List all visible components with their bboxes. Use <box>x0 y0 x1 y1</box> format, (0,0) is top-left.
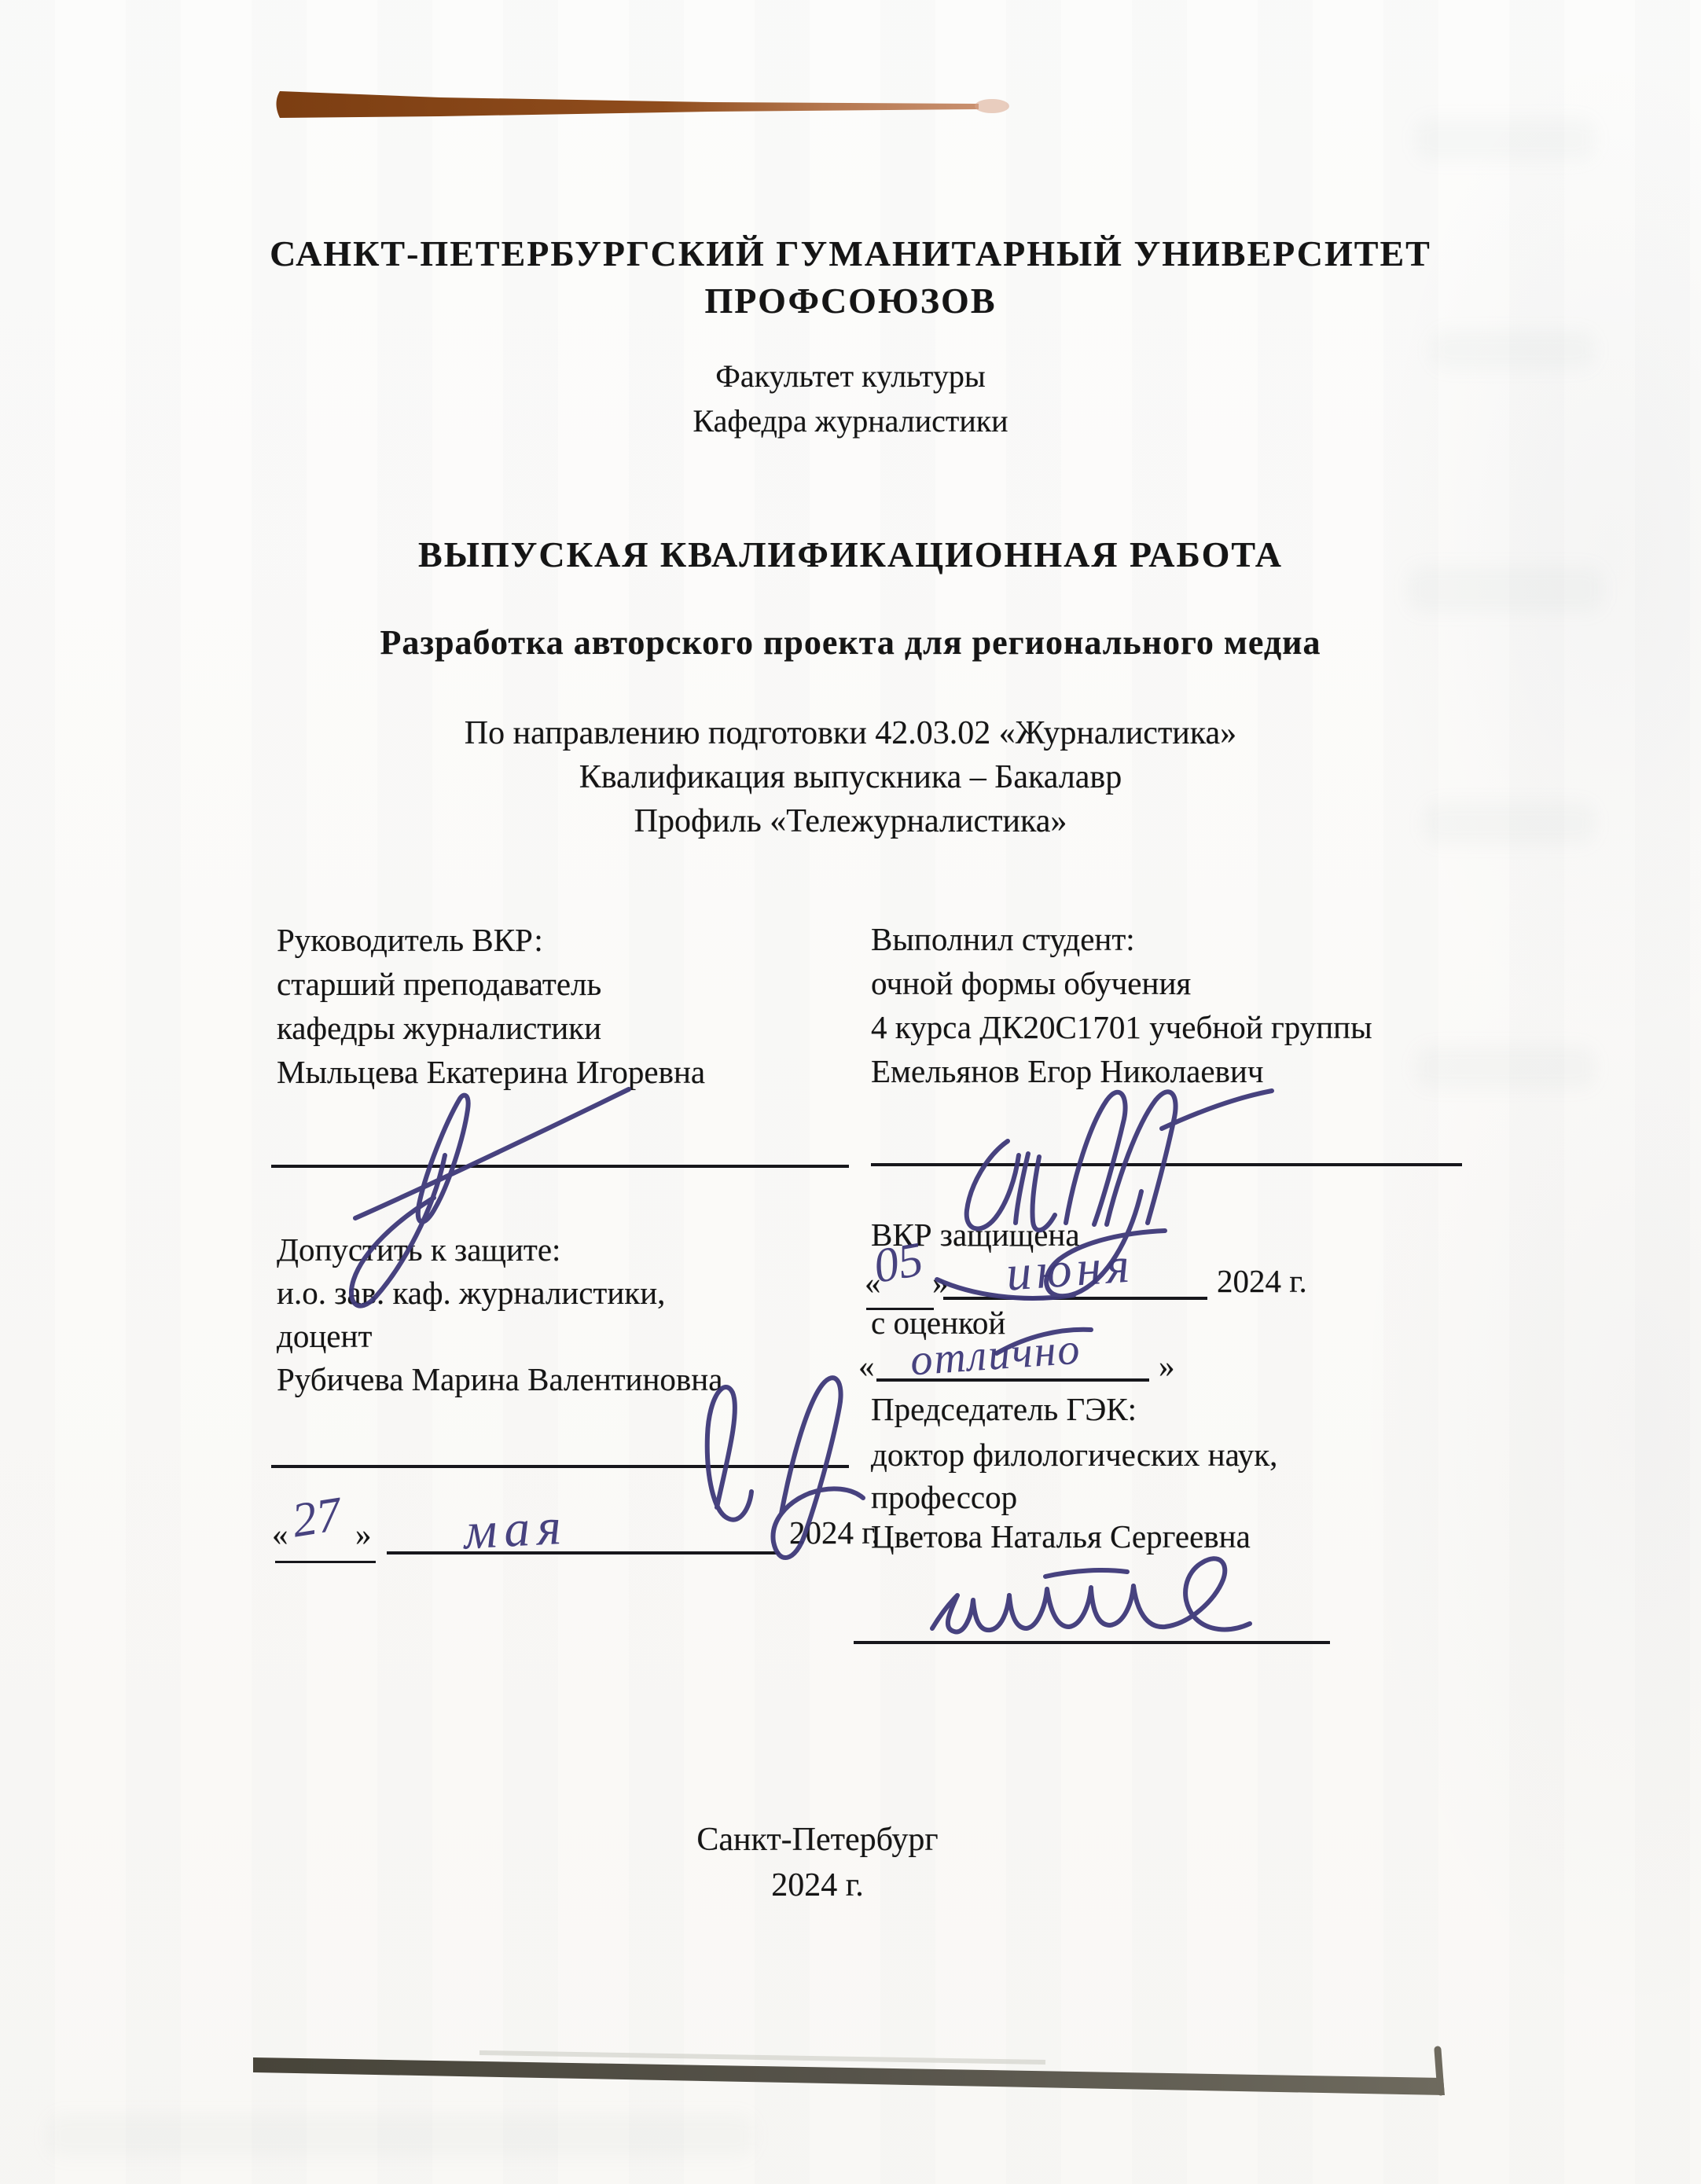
student-detail-line1: очной формы обучения <box>871 964 1191 1003</box>
chair-signature-line <box>854 1641 1330 1644</box>
student-label: Выполнил студент: <box>871 920 1135 959</box>
defense-handwritten-grade: отлично <box>909 1323 1082 1386</box>
university-name-line1: САНКТ-ПЕТЕРБУРГСКИЙ ГУМАНИТАРНЫЙ УНИВЕРС… <box>0 232 1701 275</box>
chair-name: Цветова Наталья Сергеевна <box>871 1518 1251 1556</box>
supervisor-label: Руководитель ВКР: <box>277 921 543 960</box>
chair-position-line1: доктор филологических наук, <box>871 1436 1277 1474</box>
supervisor-position-line1: старший преподаватель <box>277 965 601 1004</box>
program-line: По направлению подготовки 42.03.02 «Журн… <box>0 714 1701 753</box>
bleedthrough-smudge <box>1415 118 1596 161</box>
footer-year: 2024 г. <box>0 1866 1635 1905</box>
student-detail-line2: 4 курса ДК20С1701 учебной группы <box>871 1008 1372 1047</box>
department-line: Кафедра журналистики <box>0 402 1701 440</box>
page-edge-bar <box>253 2057 1445 2095</box>
university-name-line2: ПРОФСОЮЗОВ <box>0 279 1701 322</box>
bleedthrough-smudge <box>47 2114 755 2157</box>
admission-signature-line <box>271 1465 849 1468</box>
defense-year-suffix: 2024 г. <box>1217 1262 1307 1301</box>
page-edge-bar-hook <box>1438 2050 1441 2092</box>
bleedthrough-smudge <box>1415 1045 1596 1088</box>
defense-grade-quote-open: « <box>858 1347 875 1386</box>
defense-month-underline <box>943 1297 1207 1300</box>
defense-grade-underline <box>876 1378 1149 1382</box>
admission-day-underline <box>275 1561 376 1563</box>
footer-city: Санкт-Петербург <box>0 1820 1635 1859</box>
page-edge-faint-line <box>479 2053 1045 2062</box>
profile-line: Профиль «Тележурналистика» <box>0 802 1701 841</box>
defense-handwritten-month: июня <box>1005 1235 1136 1302</box>
admission-month-underline <box>387 1551 780 1554</box>
defense-handwritten-day: 05 <box>869 1231 927 1295</box>
scanned-title-page: САНКТ-ПЕТЕРБУРГСКИЙ ГУМАНИТАРНЫЙ УНИВЕРС… <box>0 0 1701 2184</box>
chair-signature <box>932 1558 1250 1632</box>
faculty-line: Факультет культуры <box>0 358 1701 395</box>
admission-position-line2: доцент <box>277 1317 372 1356</box>
student-name: Емельянов Егор Николаевич <box>871 1052 1263 1091</box>
defense-grade-quote-close: » <box>1159 1347 1175 1386</box>
supervisor-signature-line <box>271 1165 849 1168</box>
chair-label: Председатель ГЭК: <box>871 1390 1137 1429</box>
torn-paper-streak <box>277 91 979 118</box>
work-type-heading: ВЫПУСКАЯ КВАЛИФИКАЦИОННАЯ РАБОТА <box>0 533 1701 576</box>
chair-position-line2: профессор <box>871 1478 1017 1517</box>
admission-handwritten-day: 27 <box>288 1487 345 1550</box>
work-title: Разработка авторского проекта для регион… <box>0 622 1701 664</box>
admission-position-line1: и.о. зав. каф. журналистики, <box>277 1274 665 1312</box>
student-signature-line <box>871 1163 1462 1166</box>
supervisor-position-line2: кафедры журналистики <box>277 1009 601 1048</box>
qualification-line: Квалификация выпускника – Бакалавр <box>0 758 1701 797</box>
admission-date-quote-open: « <box>272 1515 288 1554</box>
supervisor-name: Мыльцева Екатерина Игоревна <box>277 1053 705 1092</box>
torn-paper-streak-end <box>975 99 1009 113</box>
admission-label: Допустить к защите: <box>277 1231 560 1269</box>
admission-name: Рубичева Марина Валентиновна <box>277 1360 722 1399</box>
admission-year-suffix: 2024 г. <box>789 1514 880 1552</box>
admission-date-quote-close: » <box>355 1515 372 1554</box>
